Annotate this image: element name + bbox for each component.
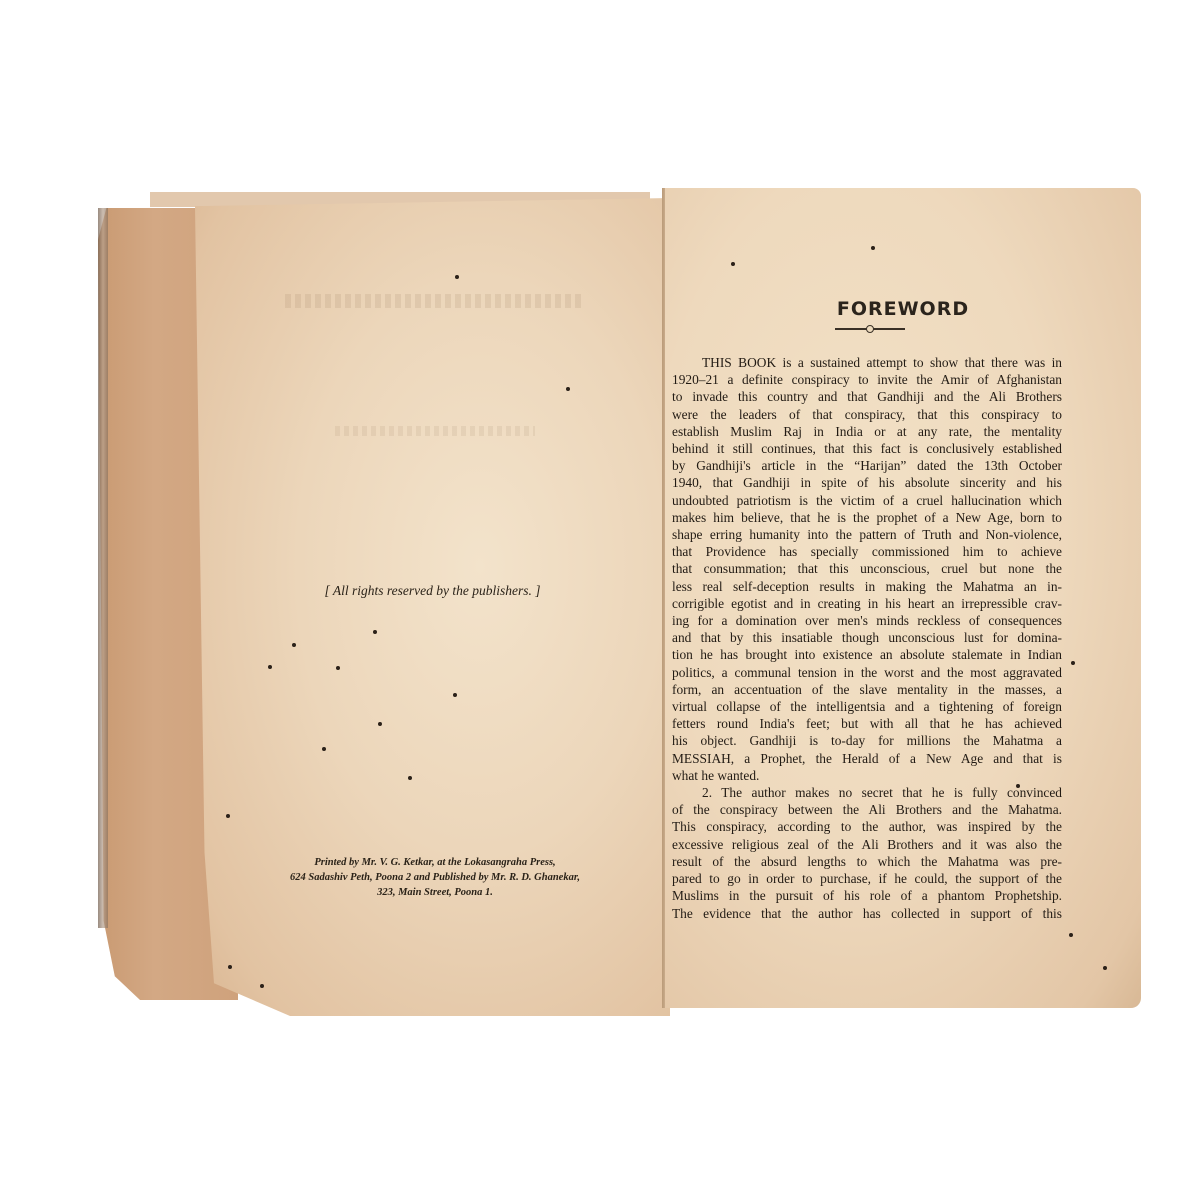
text-line: that consummation; that this unconscious… <box>672 560 1062 577</box>
text-line: MESSIAH, a Prophet, the Herald of a New … <box>672 750 1062 767</box>
wormhole <box>322 747 326 751</box>
text-line: Muslims in the pursuit of his role of a … <box>672 887 1062 904</box>
text-line: were the leaders of that conspiracy, tha… <box>672 406 1062 423</box>
worn-spine-edge <box>98 208 108 928</box>
show-through-title <box>285 294 585 308</box>
text-line: virtual collapse of the intelligentsia a… <box>672 698 1062 715</box>
title-ornament-rule <box>835 328 905 330</box>
text-line: THIS BOOK is a sustained attempt to show… <box>672 354 1062 371</box>
text-line: what he wanted. <box>672 767 1062 784</box>
text-line: excessive religious zeal of the Ali Brot… <box>672 836 1062 853</box>
imprint-line: 624 Sadashiv Peth, Poona 2 and Published… <box>255 870 615 885</box>
text-line: establish Muslim Raj in India or at any … <box>672 423 1062 440</box>
imprint-line: Printed by Mr. V. G. Ketkar, at the Loka… <box>255 855 615 870</box>
rights-notice: [ All rights reserved by the publishers.… <box>195 583 670 599</box>
wormhole <box>378 722 382 726</box>
printer-imprint: Printed by Mr. V. G. Ketkar, at the Loka… <box>255 855 615 900</box>
text-line: to invade this country and that Gandhiji… <box>672 388 1062 405</box>
wormhole <box>1069 933 1073 937</box>
text-line: 1920–21 a definite conspiracy to invite … <box>672 371 1062 388</box>
text-line: corrigible egotist and in creating in hi… <box>672 595 1062 612</box>
page-title: FOREWORD <box>665 298 1141 320</box>
wormhole <box>566 387 570 391</box>
text-line: 1940, that Gandhiji in spite of his abso… <box>672 474 1062 491</box>
open-book-photo: [ All rights reserved by the publishers.… <box>0 0 1200 1200</box>
text-line: his object. Gandhiji is to-day for milli… <box>672 732 1062 749</box>
wormhole <box>292 643 296 647</box>
right-page: FOREWORD THIS BOOK is a sustained attemp… <box>665 188 1141 1008</box>
text-line: less real self-deception results in maki… <box>672 578 1062 595</box>
text-line: fetters round India's feet; but with all… <box>672 715 1062 732</box>
text-line: that Providence has specially commission… <box>672 543 1062 560</box>
text-line: pared to go in order to purchase, if he … <box>672 870 1062 887</box>
wormhole <box>1103 966 1107 970</box>
wormhole <box>1016 784 1020 788</box>
show-through-subtitle <box>335 426 535 436</box>
left-page: [ All rights reserved by the publishers.… <box>195 198 670 1016</box>
text-line: form, an accentuation of the slave menta… <box>672 681 1062 698</box>
wormhole <box>373 630 377 634</box>
text-line: shape erring humanity into the pattern o… <box>672 526 1062 543</box>
text-line: makes him believe, that he is the prophe… <box>672 509 1062 526</box>
wormhole <box>226 814 230 818</box>
wormhole <box>228 965 232 969</box>
wormhole <box>336 666 340 670</box>
foreword-body: THIS BOOK is a sustained attempt to show… <box>672 354 1062 922</box>
wormhole <box>871 246 875 250</box>
paragraph-2: 2. The author makes no secret that he is… <box>672 784 1062 922</box>
wormhole <box>1071 661 1075 665</box>
text-line: and that by this insatiable though uncon… <box>672 629 1062 646</box>
text-line: behind it still continues, that this fac… <box>672 440 1062 457</box>
text-line: This conspiracy, according to the author… <box>672 818 1062 835</box>
text-line: 2. The author makes no secret that he is… <box>672 784 1062 801</box>
wormhole <box>260 984 264 988</box>
wormhole <box>268 665 272 669</box>
text-line: result of the absurd lengths to which th… <box>672 853 1062 870</box>
text-line: by Gandhiji's article in the “Harijan” d… <box>672 457 1062 474</box>
wormhole <box>731 262 735 266</box>
wormhole <box>455 275 459 279</box>
imprint-line: 323, Main Street, Poona 1. <box>255 885 615 900</box>
wormhole <box>453 693 457 697</box>
text-line: ing for a domination over men's minds re… <box>672 612 1062 629</box>
text-line: politics, a communal tension in the wors… <box>672 664 1062 681</box>
text-line: undoubted patriotism is the victim of a … <box>672 492 1062 509</box>
text-line: The evidence that the author has collect… <box>672 905 1062 922</box>
text-line: tion he has brought into existence an ab… <box>672 646 1062 663</box>
wormhole <box>408 776 412 780</box>
text-line: of the conspiracy between the Ali Brothe… <box>672 801 1062 818</box>
paragraph-1: THIS BOOK is a sustained attempt to show… <box>672 354 1062 784</box>
